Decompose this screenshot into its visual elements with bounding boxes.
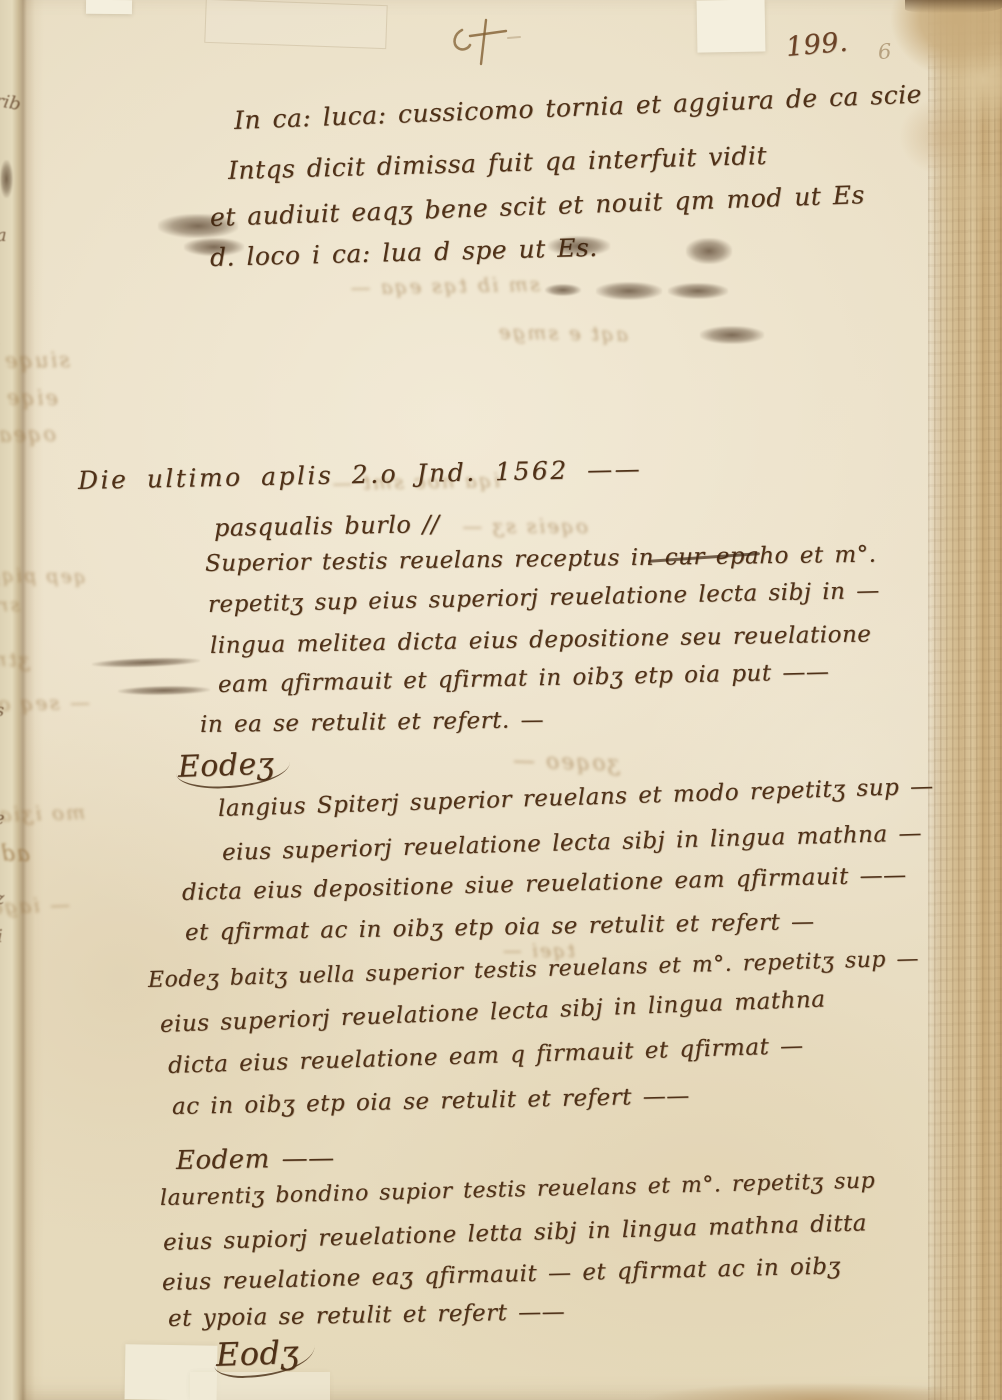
deposition-line: eius superiorj reuelatione lecta sibj in… [160,986,826,1038]
deposition-line: in ea se retulit et refert. — [200,707,544,738]
bleedthrough-line: — seq om — [0,690,90,717]
bleedthrough-line: ad oygo ʒs [0,840,30,867]
edge-fragment: e [0,808,5,829]
ink-smudge [596,282,662,300]
eodem-heading: Eodem —— [176,1143,335,1176]
page-edges-top-right-corner [845,0,1002,235]
deposition-line: eius reuelatione eaʒ qfirmauit — et qfir… [162,1253,841,1296]
folio-number: 199. [785,27,850,63]
bleedthrough-line: mo iʒia sm [0,800,85,827]
deposition-line: et qfirmat ac in oibʒ etp oia se retulit… [185,909,815,946]
deposition-line: dicta eius depositione siue reuelatione … [182,862,907,906]
edge-fragment: rib [0,90,23,115]
summary-line: et audiuit eaqʒ bene scit et nouit qm mo… [209,180,865,232]
edge-fragment: z [0,888,4,909]
deposition-line: repetitʒ sup eius superiorj reuelatione … [208,578,880,618]
bleedthrough-line: ʒoqeo — [511,748,621,777]
deposition-line: laurentiʒ bondino supior testis reuelans… [160,1169,876,1211]
manuscript-page: 199. 6 In ca: luca: cussicomo tornia et … [0,0,1002,1400]
deposition-line: eius superiorj reuelatione lecta sibj in… [222,820,923,866]
bleedthrough-line: sro eiqs etp [0,594,20,618]
ink-smudge [92,656,200,669]
folio-number-faint-suffix: 6 [877,39,892,64]
bleedthrough-line: eiqe ris aicots ems oiroq nisgm etm soq [0,382,58,410]
bleedthrough-line: ʒtnimiq —— [0,643,30,672]
ink-smudge [548,236,610,256]
slip-impression [204,0,387,49]
date-line: Die ultimo aplis 2.o Jnd. 1562 —— [78,454,643,495]
edge-fragment: a [0,225,7,246]
ink-smudge [184,238,244,256]
edge-fragment: s [0,700,4,721]
deposition-line: eam qfirmauit et qfirmat in oibʒ etp oia… [218,659,830,698]
deposition-line: Superior testis reuelans receptus in cur… [205,542,877,577]
deposition-line: dicta eius reuelatione eam q firmauit et… [168,1033,804,1079]
ink-smudge [545,284,581,296]
ink-smudge [700,326,764,344]
ink-smudge [118,685,210,696]
bleedthrough-line: sm ib tqs eqa — [348,272,540,299]
bottom-edge-stain [600,1378,1002,1400]
ink-smudge [668,283,728,299]
eodem-heading: Eodeʒ [175,746,291,790]
bleedthrough-line: qep piqgs sm [0,563,86,588]
deposition-line: eius supiorj reuelatione letta sibj in l… [163,1210,868,1256]
bleedthrough-line: oqeis sʒ — [460,514,588,538]
deposition-line: ac in oibʒ etp oia se retulit et refert … [172,1083,690,1120]
paper-tab-top-right [697,0,766,53]
deposition-line: et ypoia se retulit et refert —— [168,1299,566,1332]
bleedthrough-line: — iago s [0,892,70,920]
ink-smudge [0,160,13,198]
summary-line: Intqs dicit dimissa fuit qa interfuit vi… [228,141,768,185]
ink-smudge [686,238,732,264]
edge-fragment: i [0,926,3,947]
paper-tab-top-left [86,0,132,14]
deposition-line: lingua melitea dicta eius depositione se… [210,621,872,659]
witness-name: pasqualis burlo // [214,510,440,542]
summary-line: In ca: luca: cussicomo tornia et aggiura… [233,80,922,135]
summary-line: d. loco i ca: lua d spe ut Es. [210,233,598,272]
bleedthrough-line: aqt e smge [497,320,629,346]
ink-smudge [158,214,238,238]
deposition-line: langius Spiterj superior reuelans et mod… [218,774,934,822]
